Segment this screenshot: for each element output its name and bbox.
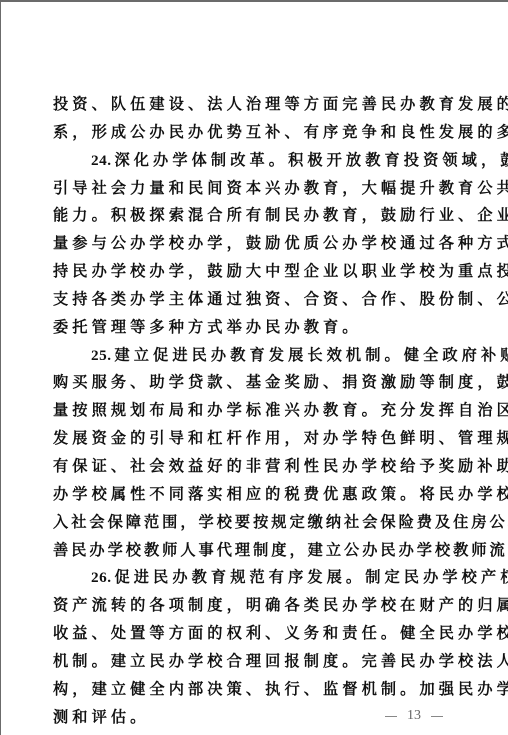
text-line: 量参与公办学校办学，鼓励优质公办学校通过各种方式参与、支 xyxy=(53,230,463,258)
page-footer: 13 xyxy=(385,708,443,724)
text-line: 入社会保障范围，学校要按规定缴纳社会保险费及住房公积金。完 xyxy=(53,509,463,537)
section-heading-text: 建立促进民办教育发展长效机制。健全政府补贴、政府 xyxy=(114,346,508,364)
paragraph-26: 26.促进民办教育规范有序发展。制定民办学校产权明晰、 资产流转的各项制度，明确… xyxy=(53,564,463,731)
section-number: 26. xyxy=(91,569,111,586)
text-line: 发展资金的引导和杠杆作用，对办学特色鲜明、管理规范、质量 xyxy=(53,425,463,453)
section-number: 25. xyxy=(91,347,111,364)
text-line-first: 24.深化办学体制改革。积极开放教育投资领域，鼓励支持 xyxy=(53,147,463,175)
text-line: 机制。建立民办学校合理回报制度。完善民办学校法人治理结 xyxy=(53,648,463,676)
section-number: 24. xyxy=(91,152,111,169)
text-line: 引导社会力量和民间资本兴办教育，大幅提升教育公共服务供给 xyxy=(53,175,463,203)
text-line: 办学校属性不同落实相应的税费优惠政策。将民办学校教职工纳 xyxy=(53,481,463,509)
body-text: 投资、队伍建设、法人治理等方面完善民办教育发展的公共政策体 系，形成公办民办优势… xyxy=(53,91,463,731)
text-line: 资产流转的各项制度，明确各类民办学校在财产的归属、使用、 xyxy=(53,592,463,620)
paragraph-25: 25.建立促进民办教育发展长效机制。健全政府补贴、政府 购买服务、助学贷款、基金… xyxy=(53,342,463,565)
text-line: 支持各类办学主体通过独资、合资、合作、股份制、公建民营、 xyxy=(53,286,463,314)
text-line: 投资、队伍建设、法人治理等方面完善民办教育发展的公共政策体 xyxy=(53,91,463,119)
page-number: 13 xyxy=(407,708,421,724)
text-line: 能力。积极探索混合所有制民办教育，鼓励行业、企业等社会力 xyxy=(53,202,463,230)
footer-dash-right xyxy=(431,716,443,717)
text-line: 购买服务、助学贷款、基金奖励、捐资激励等制度，鼓励社会力 xyxy=(53,369,463,397)
text-line: 系，形成公办民办优势互补、有序竞争和良性发展的多元办学格局。 xyxy=(53,119,463,147)
section-heading-text: 深化办学体制改革。积极开放教育投资领域，鼓励支持 xyxy=(114,151,508,169)
text-line: 持民办学校办学，鼓励大中型企业以职业学校为重点投资办学。 xyxy=(53,258,463,286)
text-line: 委托管理等多种方式举办民办教育。 xyxy=(53,314,463,342)
text-line: 构，建立健全内部决策、执行、监督机制。加强民办学校质量监 xyxy=(53,676,463,704)
text-line: 有保证、社会效益好的非营利性民办学校给予奖励补助。根据民 xyxy=(53,453,463,481)
text-line-first: 26.促进民办教育规范有序发展。制定民办学校产权明晰、 xyxy=(53,564,463,592)
paragraph-continuation: 投资、队伍建设、法人治理等方面完善民办教育发展的公共政策体 系，形成公办民办优势… xyxy=(53,91,463,147)
text-line: 收益、处置等方面的权利、义务和责任。健全民办学校风险应对 xyxy=(53,620,463,648)
document-page: 投资、队伍建设、法人治理等方面完善民办教育发展的公共政策体 系，形成公办民办优势… xyxy=(0,0,508,735)
text-line: 善民办学校教师人事代理制度，建立公办民办学校教师流动新机制。 xyxy=(53,537,463,565)
section-heading-text: 促进民办教育规范有序发展。制定民办学校产权明晰、 xyxy=(114,568,508,586)
paragraph-24: 24.深化办学体制改革。积极开放教育投资领域，鼓励支持 引导社会力量和民间资本兴… xyxy=(53,147,463,342)
text-line: 量按照规划布局和办学标准兴办教育。充分发挥自治区民办教育 xyxy=(53,397,463,425)
text-line-first: 25.建立促进民办教育发展长效机制。健全政府补贴、政府 xyxy=(53,342,463,370)
footer-dash-left xyxy=(385,716,397,717)
